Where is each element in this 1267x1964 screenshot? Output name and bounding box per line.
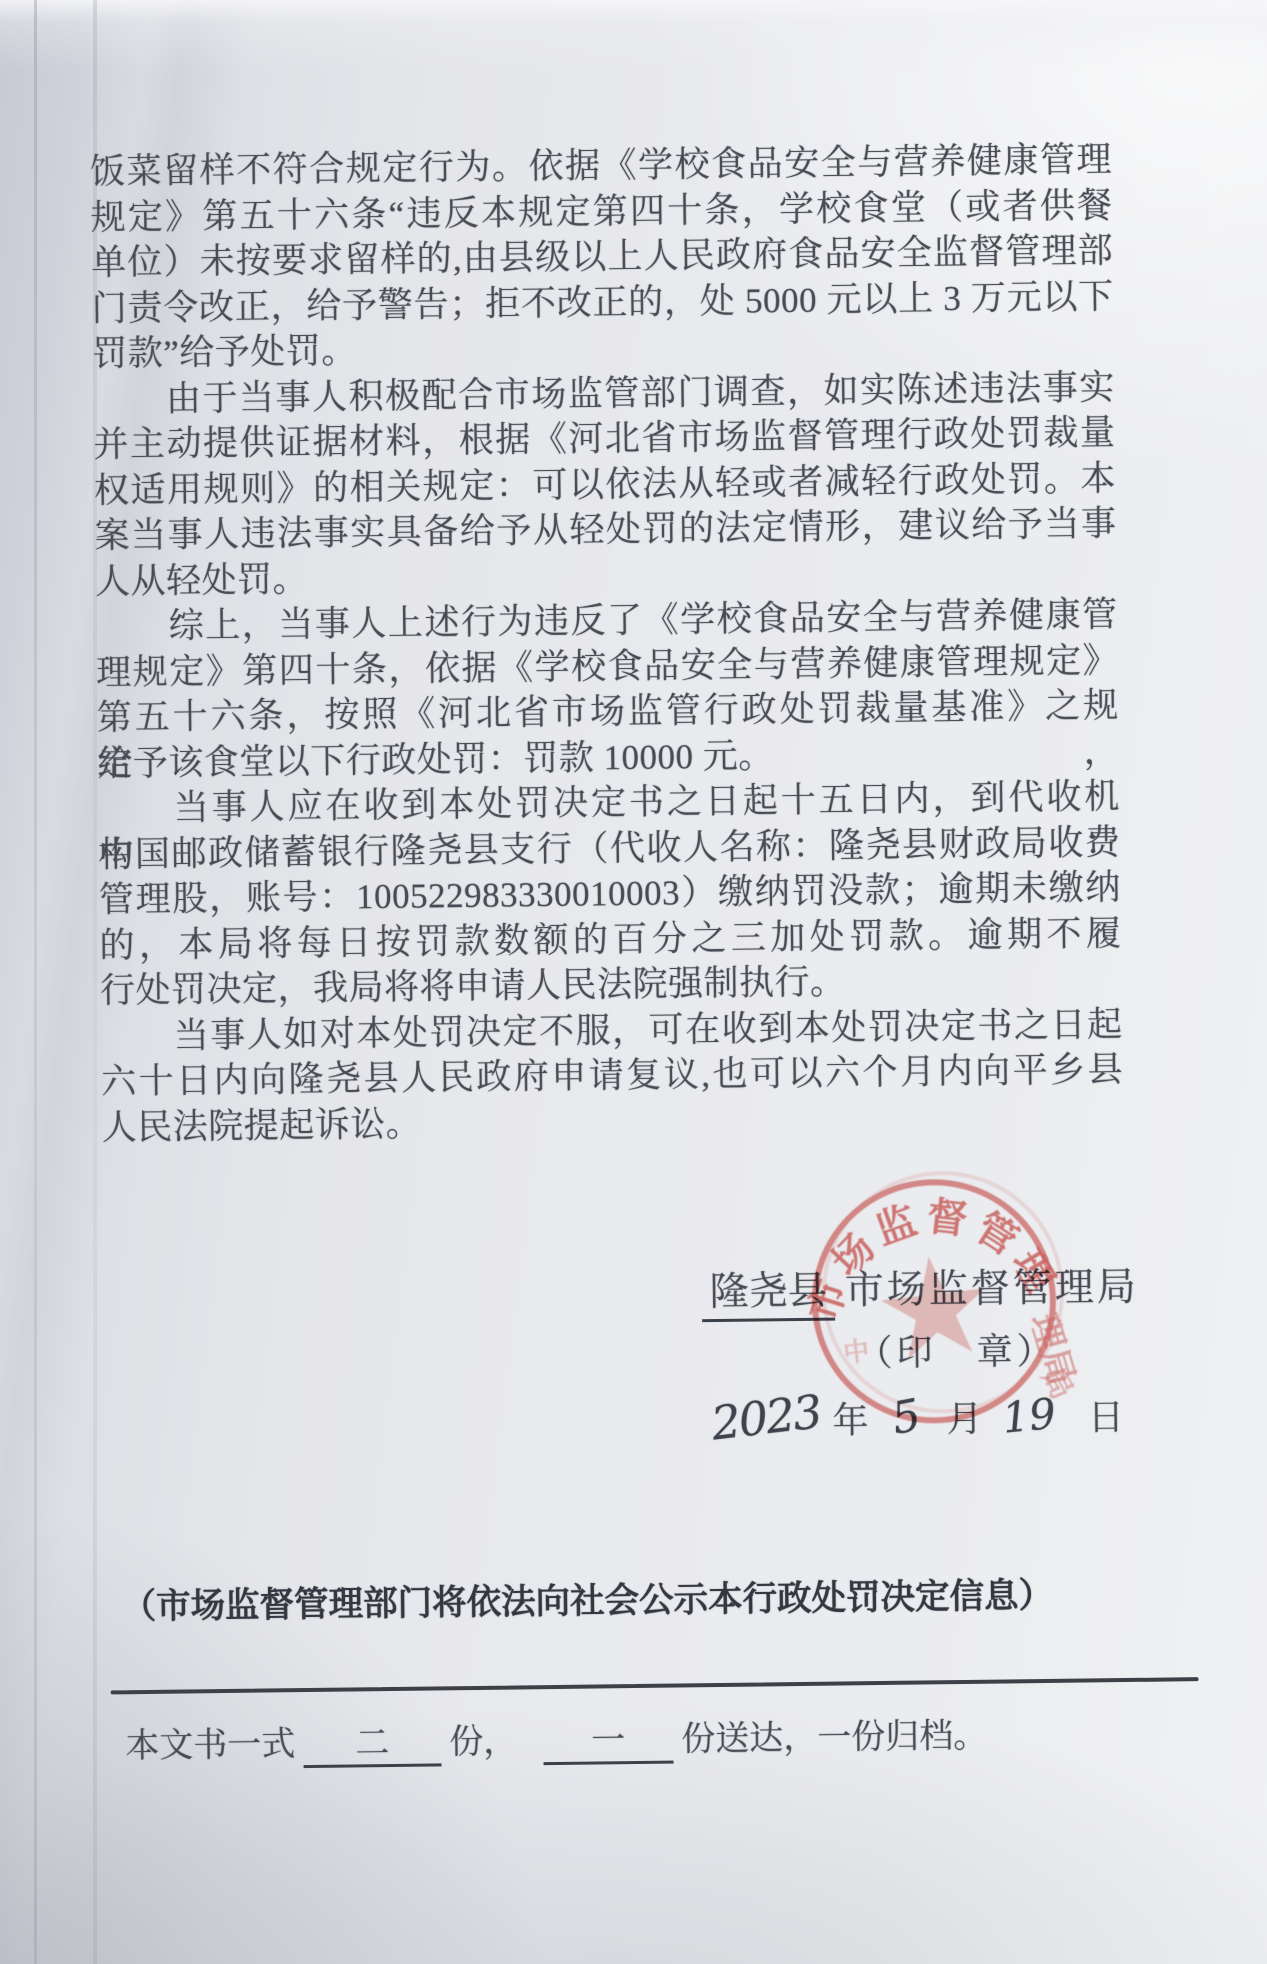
copies-unit: 份，: [449, 1723, 517, 1761]
copies-count-blank: 二: [303, 1724, 442, 1768]
footer-divider-line: [111, 1677, 1199, 1694]
delivery-count-blank: 一: [543, 1722, 674, 1766]
publicity-notice: （市场监督管理部门将依法向社会公示本行政处罚决定信息）: [121, 1566, 1132, 1628]
seal-ghost-text: 中: [842, 1336, 871, 1368]
body-text: 饭菜留样不符合规定行为。依据《学校食品安全与营养健康管理 规定》第五十六条“违反…: [90, 137, 1124, 1150]
copies-line: 本文书一式二份，一份送达，一份归档。: [125, 1708, 988, 1771]
page-sheet: 饭菜留样不符合规定行为。依据《学校食品安全与营养健康管理 规定》第五十六条“违反…: [0, 0, 1267, 1964]
star-icon: [877, 1251, 992, 1362]
archive-note: 一份归档。: [817, 1718, 987, 1757]
document-photo: 饭菜留样不符合规定行为。依据《学校食品安全与营养健康管理 规定》第五十六条“违反…: [0, 0, 1267, 1964]
official-seal-stamp: 市场监督管理 理局 局 中: [776, 1144, 1091, 1459]
day-unit: 日: [1088, 1389, 1125, 1440]
delivery-unit: 份送达，: [681, 1720, 817, 1759]
copies-prefix: 本文书一式: [125, 1726, 295, 1765]
